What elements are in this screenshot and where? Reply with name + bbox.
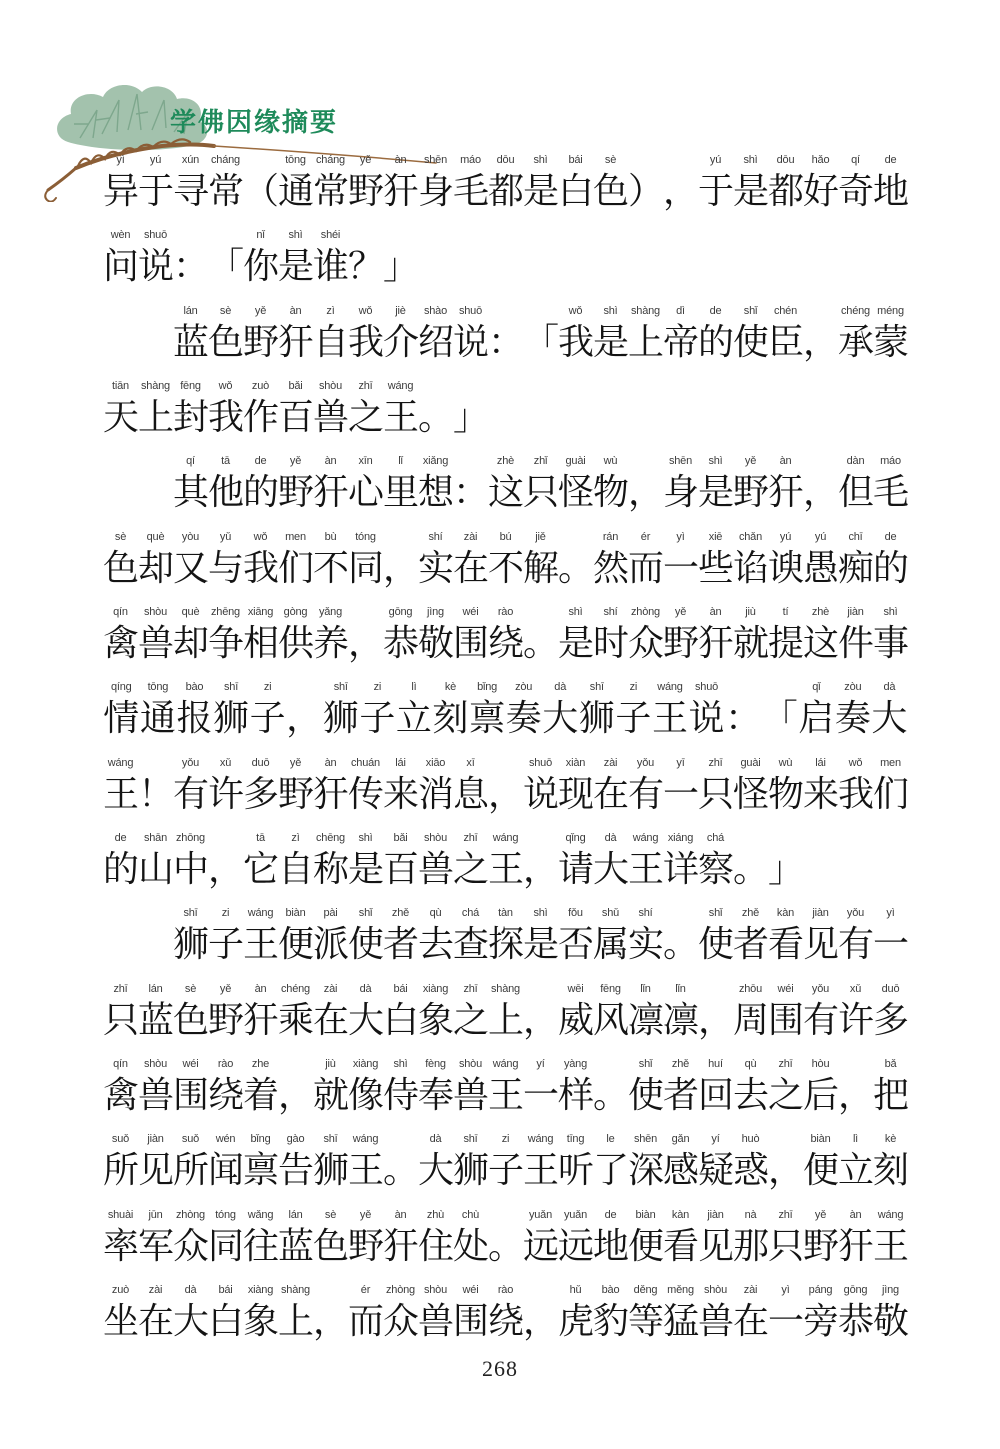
pinyin-annotation: shēn bbox=[418, 152, 453, 168]
hanzi-character: 威 bbox=[558, 997, 593, 1043]
pinyin-annotation: chuán bbox=[348, 755, 383, 771]
pinyin-annotation: yuǎn bbox=[558, 1207, 593, 1223]
hanzi-character: 听 bbox=[558, 1147, 593, 1193]
hanzi-character: 犴 bbox=[383, 168, 418, 214]
hanzi-character: 色 bbox=[103, 545, 138, 591]
hanzi-character: 们 bbox=[873, 771, 908, 817]
hanzi-character: 这 bbox=[488, 469, 523, 515]
punctuation-mark: ， bbox=[286, 679, 323, 741]
hanzi-with-pinyin: qí其 bbox=[173, 453, 208, 515]
pinyin-annotation: fēng bbox=[593, 981, 628, 997]
hanzi-with-pinyin: shì侍 bbox=[383, 1056, 418, 1118]
hanzi-character: 他 bbox=[208, 469, 243, 515]
hanzi-with-pinyin: pài派 bbox=[313, 905, 348, 967]
hanzi-character: 见 bbox=[698, 1223, 733, 1269]
hanzi-character: 犴 bbox=[838, 1223, 873, 1269]
hanzi-character: 凛 bbox=[663, 997, 698, 1043]
pinyin-annotation: yàng bbox=[558, 1056, 593, 1072]
pinyin-annotation: biàn bbox=[628, 1207, 663, 1223]
pinyin-annotation: àn bbox=[278, 303, 313, 319]
hanzi-with-pinyin: bái白 bbox=[208, 1282, 243, 1344]
hanzi-with-pinyin: zài在 bbox=[313, 981, 348, 1043]
hanzi-character: 怪 bbox=[558, 469, 593, 515]
hanzi-character: 在 bbox=[733, 1298, 768, 1344]
pinyin-annotation: àn bbox=[383, 1207, 418, 1223]
hanzi-with-pinyin: shī狮 bbox=[173, 905, 208, 967]
hanzi-character: 之 bbox=[453, 997, 488, 1043]
pinyin-annotation: zhī bbox=[453, 830, 488, 846]
pinyin-annotation: dà bbox=[542, 679, 579, 695]
hanzi-with-pinyin: yǔ与 bbox=[208, 529, 243, 591]
hanzi-character: 禽 bbox=[103, 1072, 138, 1118]
hanzi-with-pinyin: yì一 bbox=[663, 529, 698, 591]
hanzi-with-pinyin: wáng王 bbox=[488, 830, 523, 892]
hanzi-character: 众 bbox=[173, 1223, 208, 1269]
hanzi-with-pinyin: àn犴 bbox=[383, 1207, 418, 1269]
hanzi-with-pinyin: sè色 bbox=[313, 1207, 348, 1269]
hanzi-with-pinyin: tōng通 bbox=[278, 152, 313, 214]
pinyin-annotation: sè bbox=[313, 1207, 348, 1223]
hanzi-character: 大 bbox=[418, 1147, 453, 1193]
text-line: yì异yú于xún寻cháng常（tōng通cháng常yě野àn犴shēn身m… bbox=[103, 152, 909, 227]
hanzi-character: 毛 bbox=[873, 469, 908, 515]
hanzi-character: 者 bbox=[383, 921, 418, 967]
pinyin-annotation: yě bbox=[663, 604, 698, 620]
pinyin-annotation: suǒ bbox=[103, 1131, 138, 1147]
hanzi-character: 凛 bbox=[628, 997, 663, 1043]
pinyin-annotation: zòu bbox=[505, 679, 542, 695]
pinyin-annotation: wén bbox=[208, 1131, 243, 1147]
hanzi-character: ， bbox=[628, 469, 663, 515]
hanzi-with-pinyin: yì一 bbox=[768, 1282, 803, 1344]
pinyin-annotation: xiàng bbox=[348, 1056, 383, 1072]
pinyin-annotation: xiàn bbox=[558, 755, 593, 771]
pinyin-annotation: sè bbox=[103, 529, 138, 545]
hanzi-with-pinyin: yǎng养 bbox=[313, 604, 348, 666]
pinyin-annotation: qíng bbox=[103, 679, 140, 695]
pinyin-annotation bbox=[348, 227, 383, 243]
pinyin-annotation: cháng bbox=[208, 152, 243, 168]
pinyin-annotation: sè bbox=[593, 152, 628, 168]
hanzi-character: 同 bbox=[348, 545, 383, 591]
hanzi-with-pinyin: lì立 bbox=[838, 1131, 873, 1193]
pinyin-annotation bbox=[523, 604, 558, 620]
punctuation-mark: 」 bbox=[453, 378, 488, 440]
hanzi-character: 臣 bbox=[768, 319, 803, 365]
pinyin-annotation: yě bbox=[278, 453, 313, 469]
pinyin-annotation: xiǎng bbox=[418, 453, 453, 469]
hanzi-with-pinyin: xún寻 bbox=[173, 152, 208, 214]
pinyin-annotation: qǐ bbox=[798, 679, 835, 695]
hanzi-character: 身 bbox=[418, 168, 453, 214]
pinyin-annotation: zhī bbox=[768, 1056, 803, 1072]
hanzi-character: 问 bbox=[103, 243, 138, 289]
hanzi-character: 犴 bbox=[383, 1223, 418, 1269]
hanzi-character: 兽 bbox=[418, 846, 453, 892]
pinyin-annotation: de bbox=[698, 303, 733, 319]
hanzi-with-pinyin: bǎi百 bbox=[383, 830, 418, 892]
hanzi-character: 蓝 bbox=[278, 1223, 313, 1269]
hanzi-with-pinyin: fēng封 bbox=[173, 378, 208, 440]
hanzi-with-pinyin: àn犴 bbox=[838, 1207, 873, 1269]
hanzi-with-pinyin: shì是 bbox=[593, 303, 628, 365]
hanzi-with-pinyin: xiàn现 bbox=[558, 755, 593, 817]
hanzi-character: 绍 bbox=[418, 319, 453, 365]
hanzi-with-pinyin: xī息 bbox=[453, 755, 488, 817]
hanzi-character: 犴 bbox=[243, 997, 278, 1043]
hanzi-with-pinyin: shòu兽 bbox=[453, 1056, 488, 1118]
hanzi-with-pinyin: páng旁 bbox=[803, 1282, 838, 1344]
pinyin-annotation bbox=[628, 152, 663, 168]
hanzi-character: 往 bbox=[243, 1223, 278, 1269]
hanzi-character: 常 bbox=[208, 168, 243, 214]
hanzi-with-pinyin: zhī之 bbox=[453, 981, 488, 1043]
hanzi-character: 犴 bbox=[768, 469, 803, 515]
hanzi-with-pinyin: zi子 bbox=[488, 1131, 523, 1193]
hanzi-with-pinyin: wǒ我 bbox=[838, 755, 873, 817]
pinyin-annotation bbox=[313, 1282, 348, 1298]
hanzi-with-pinyin: jūn军 bbox=[138, 1207, 173, 1269]
hanzi-with-pinyin: men们 bbox=[873, 755, 908, 817]
hanzi-character: 件 bbox=[838, 620, 873, 666]
hanzi-with-pinyin: xiàng象 bbox=[418, 981, 453, 1043]
pinyin-annotation: jiù bbox=[733, 604, 768, 620]
hanzi-with-pinyin: dà大 bbox=[348, 981, 383, 1043]
hanzi-with-pinyin: qín禽 bbox=[103, 1056, 138, 1118]
hanzi-with-pinyin: nà那 bbox=[733, 1207, 768, 1269]
pinyin-annotation: shuài bbox=[103, 1207, 138, 1223]
hanzi-character: 绕 bbox=[488, 1298, 523, 1344]
pinyin-annotation: zài bbox=[593, 755, 628, 771]
hanzi-character: 上 bbox=[138, 394, 173, 440]
hanzi-with-pinyin: bú不 bbox=[488, 529, 523, 591]
pinyin-annotation: shòu bbox=[313, 378, 348, 394]
pinyin-annotation: wéi bbox=[453, 604, 488, 620]
pinyin-annotation: yòu bbox=[173, 529, 208, 545]
pinyin-annotation: shì bbox=[733, 152, 768, 168]
hanzi-character: 奏 bbox=[835, 695, 872, 741]
hanzi-character: 之 bbox=[768, 1072, 803, 1118]
hanzi-with-pinyin: shēn深 bbox=[628, 1131, 663, 1193]
pinyin-annotation: shēn bbox=[628, 1131, 663, 1147]
hanzi-with-pinyin: shòu兽 bbox=[313, 378, 348, 440]
pinyin-annotation: wéi bbox=[768, 981, 803, 997]
hanzi-with-pinyin: shì是 bbox=[558, 604, 593, 666]
hanzi-with-pinyin: jiàn见 bbox=[698, 1207, 733, 1269]
hanzi-character: 狮 bbox=[213, 695, 250, 741]
pinyin-annotation: jiě bbox=[523, 529, 558, 545]
pinyin-annotation: dà bbox=[593, 830, 628, 846]
hanzi-character: ： bbox=[488, 319, 523, 365]
hanzi-character: 通 bbox=[140, 695, 177, 741]
hanzi-with-pinyin: tīng听 bbox=[558, 1131, 593, 1193]
hanzi-character: 色 bbox=[313, 1223, 348, 1269]
hanzi-character: 谄 bbox=[733, 545, 768, 591]
hanzi-with-pinyin: biàn便 bbox=[628, 1207, 663, 1269]
hanzi-character: ， bbox=[523, 997, 558, 1043]
hanzi-character: 我 bbox=[348, 319, 383, 365]
pinyin-annotation: nà bbox=[733, 1207, 768, 1223]
hanzi-with-pinyin: rào绕 bbox=[208, 1056, 243, 1118]
pinyin-annotation: kàn bbox=[663, 1207, 698, 1223]
punctuation-mark: ： bbox=[488, 303, 523, 365]
pinyin-annotation: yuǎn bbox=[523, 1207, 558, 1223]
hanzi-with-pinyin: yì一 bbox=[873, 905, 908, 967]
hanzi-with-pinyin: chǎn谄 bbox=[733, 529, 768, 591]
pinyin-annotation: zhě bbox=[733, 905, 768, 921]
pinyin-annotation: bǐng bbox=[243, 1131, 278, 1147]
hanzi-character: 回 bbox=[698, 1072, 733, 1118]
pinyin-annotation bbox=[768, 830, 803, 846]
pinyin-annotation bbox=[488, 755, 523, 771]
hanzi-character: 兽 bbox=[138, 1072, 173, 1118]
hanzi-character: 兽 bbox=[698, 1298, 733, 1344]
pinyin-annotation: kè bbox=[432, 679, 469, 695]
pinyin-annotation: tí bbox=[768, 604, 803, 620]
pinyin-annotation: shēn bbox=[663, 453, 698, 469]
hanzi-with-pinyin: zhè这 bbox=[488, 453, 523, 515]
hanzi-character: 有 bbox=[628, 771, 663, 817]
hanzi-character: 旁 bbox=[803, 1298, 838, 1344]
hanzi-with-pinyin: dàn但 bbox=[838, 453, 873, 515]
hanzi-character: 毛 bbox=[453, 168, 488, 214]
pinyin-annotation: yǒu bbox=[628, 755, 663, 771]
hanzi-with-pinyin: dà大 bbox=[593, 830, 628, 892]
pinyin-annotation: àn bbox=[383, 152, 418, 168]
hanzi-character: 的 bbox=[698, 319, 733, 365]
hanzi-character: ， bbox=[838, 1072, 873, 1118]
pinyin-annotation: àn bbox=[313, 755, 348, 771]
hanzi-with-pinyin: bǎi百 bbox=[278, 378, 313, 440]
pinyin-annotation: bái bbox=[383, 981, 418, 997]
hanzi-character: 。 bbox=[558, 545, 593, 591]
pinyin-annotation: chén bbox=[768, 303, 803, 319]
hanzi-with-pinyin: zòu奏 bbox=[505, 679, 542, 741]
pinyin-annotation: zhù bbox=[418, 1207, 453, 1223]
hanzi-character: 。 bbox=[383, 1147, 418, 1193]
pinyin-annotation: shǐ bbox=[348, 905, 383, 921]
hanzi-character: ， bbox=[488, 771, 523, 817]
text-line: suǒ所jiàn见suǒ所wén闻bǐng禀gào告shī狮wáng王。dà大s… bbox=[103, 1131, 909, 1206]
hanzi-character: 而 bbox=[628, 545, 663, 591]
pinyin-annotation: bǎ bbox=[873, 1056, 908, 1072]
hanzi-character: 白 bbox=[558, 168, 593, 214]
pinyin-annotation bbox=[523, 981, 558, 997]
hanzi-with-pinyin: wáng王 bbox=[383, 378, 418, 440]
hanzi-character: 狮 bbox=[322, 695, 359, 741]
pinyin-annotation bbox=[383, 529, 418, 545]
hanzi-character: ！ bbox=[138, 771, 173, 817]
pinyin-annotation: de bbox=[873, 529, 908, 545]
hanzi-character: 时 bbox=[593, 620, 628, 666]
pinyin-annotation: gōng bbox=[838, 1282, 873, 1298]
pinyin-annotation: zhě bbox=[663, 1056, 698, 1072]
hanzi-character: 所 bbox=[103, 1147, 138, 1193]
hanzi-with-pinyin: tóng同 bbox=[208, 1207, 243, 1269]
hanzi-character: 物 bbox=[593, 469, 628, 515]
hanzi-character: 详 bbox=[663, 846, 698, 892]
hanzi-character: 养 bbox=[313, 620, 348, 666]
hanzi-character: 猛 bbox=[663, 1298, 698, 1344]
pinyin-annotation: wéi bbox=[453, 1282, 488, 1298]
hanzi-character: 奇 bbox=[838, 168, 873, 214]
hanzi-character: 象 bbox=[243, 1298, 278, 1344]
hanzi-character: 我 bbox=[208, 394, 243, 440]
hanzi-character: 围 bbox=[453, 620, 488, 666]
punctuation-mark: ， bbox=[803, 303, 838, 365]
hanzi-with-pinyin: yí疑 bbox=[698, 1131, 733, 1193]
pinyin-annotation: duō bbox=[243, 755, 278, 771]
pinyin-annotation: gòng bbox=[278, 604, 313, 620]
pinyin-annotation: chéng bbox=[838, 303, 873, 319]
pinyin-annotation: cháng bbox=[313, 152, 348, 168]
hanzi-with-pinyin: yě野 bbox=[348, 152, 383, 214]
hanzi-with-pinyin: sè色 bbox=[593, 152, 628, 214]
hanzi-with-pinyin: shòu兽 bbox=[138, 604, 173, 666]
hanzi-character: 称 bbox=[313, 846, 348, 892]
hanzi-with-pinyin: huí回 bbox=[698, 1056, 733, 1118]
text-line: wáng王！yǒu有xǔ许duō多yě野àn犴chuán传lái来xiāo消xī… bbox=[103, 755, 909, 830]
hanzi-character: ， bbox=[698, 997, 733, 1043]
hanzi-with-pinyin: men们 bbox=[278, 529, 313, 591]
hanzi-character: 是 bbox=[593, 319, 628, 365]
hanzi-character: 围 bbox=[173, 1072, 208, 1118]
hanzi-character: 色 bbox=[208, 319, 243, 365]
pinyin-annotation: shuō bbox=[688, 679, 725, 695]
hanzi-with-pinyin: suǒ所 bbox=[103, 1131, 138, 1193]
pinyin-annotation: qǐng bbox=[558, 830, 593, 846]
hanzi-character: 犴 bbox=[313, 771, 348, 817]
pinyin-annotation: wǒ bbox=[838, 755, 873, 771]
page-number: 268 bbox=[0, 1356, 1000, 1382]
pinyin-annotation: zhēng bbox=[208, 604, 243, 620]
hanzi-with-pinyin: shì是 bbox=[348, 830, 383, 892]
pinyin-annotation: zi bbox=[208, 905, 243, 921]
pinyin-annotation: tiān bbox=[103, 378, 138, 394]
pinyin-annotation: wù bbox=[768, 755, 803, 771]
hanzi-with-pinyin: àn犴 bbox=[383, 152, 418, 214]
punctuation-mark: ， bbox=[383, 529, 418, 591]
hanzi-character: 提 bbox=[768, 620, 803, 666]
hanzi-character: 。 bbox=[418, 394, 453, 440]
hanzi-character: 野 bbox=[733, 469, 768, 515]
pinyin-annotation: zi bbox=[615, 679, 652, 695]
pinyin-annotation bbox=[348, 604, 383, 620]
pinyin-annotation: jiàn bbox=[838, 604, 873, 620]
hanzi-character: ， bbox=[313, 1298, 348, 1344]
hanzi-with-pinyin: wéi围 bbox=[173, 1056, 208, 1118]
pinyin-annotation: wáng bbox=[628, 830, 663, 846]
hanzi-with-pinyin: xǔ许 bbox=[838, 981, 873, 1043]
text-line: tiān天shàng上fēng封wǒ我zuò作bǎi百shòu兽zhī之wáng… bbox=[103, 378, 909, 453]
pinyin-annotation: nǐ bbox=[243, 227, 278, 243]
pinyin-annotation: bào bbox=[593, 1282, 628, 1298]
hanzi-character: 「 bbox=[208, 243, 243, 289]
hanzi-with-pinyin: měng猛 bbox=[663, 1282, 698, 1344]
hanzi-with-pinyin: zài在 bbox=[138, 1282, 173, 1344]
hanzi-with-pinyin: qíng情 bbox=[103, 679, 140, 741]
hanzi-with-pinyin: wén闻 bbox=[208, 1131, 243, 1193]
pinyin-annotation bbox=[628, 453, 663, 469]
hanzi-with-pinyin: gào告 bbox=[278, 1131, 313, 1193]
pinyin-annotation: shǐ bbox=[733, 303, 768, 319]
hanzi-with-pinyin: hǎo好 bbox=[803, 152, 838, 214]
hanzi-character: 子 bbox=[359, 695, 396, 741]
pinyin-annotation: de bbox=[593, 1207, 628, 1223]
hanzi-character: 王 bbox=[873, 1223, 908, 1269]
hanzi-character: 使 bbox=[628, 1072, 663, 1118]
hanzi-with-pinyin: bái白 bbox=[383, 981, 418, 1043]
hanzi-character: 说 bbox=[523, 771, 558, 817]
hanzi-with-pinyin: xiàng象 bbox=[243, 1282, 278, 1344]
pinyin-annotation: gōng bbox=[383, 604, 418, 620]
pinyin-annotation: máo bbox=[453, 152, 488, 168]
punctuation-mark: ， bbox=[523, 1282, 558, 1344]
hanzi-character: 去 bbox=[733, 1072, 768, 1118]
pinyin-annotation: chǎn bbox=[733, 529, 768, 545]
hanzi-character: 王 bbox=[628, 846, 663, 892]
hanzi-character: 见 bbox=[803, 921, 838, 967]
hanzi-character: 情 bbox=[103, 695, 140, 741]
hanzi-character: 大 bbox=[173, 1298, 208, 1344]
hanzi-character: 看 bbox=[768, 921, 803, 967]
pinyin-annotation: xiàng bbox=[418, 981, 453, 997]
pinyin-annotation: yě bbox=[243, 303, 278, 319]
hanzi-character: 刻 bbox=[873, 1147, 908, 1193]
hanzi-character: 与 bbox=[208, 545, 243, 591]
pinyin-annotation: de bbox=[243, 453, 278, 469]
hanzi-character: 其 bbox=[173, 469, 208, 515]
pinyin-annotation: wèn bbox=[103, 227, 138, 243]
pinyin-annotation: xiàng bbox=[243, 1282, 278, 1298]
pinyin-annotation: zài bbox=[313, 981, 348, 997]
pinyin-annotation: chēng bbox=[313, 830, 348, 846]
hanzi-with-pinyin: de地 bbox=[593, 1207, 628, 1269]
hanzi-character: 怪 bbox=[733, 771, 768, 817]
pinyin-annotation bbox=[523, 1282, 558, 1298]
hanzi-character: 派 bbox=[313, 921, 348, 967]
hanzi-character: 野 bbox=[208, 997, 243, 1043]
hanzi-character: 子 bbox=[249, 695, 286, 741]
hanzi-character: 地 bbox=[873, 168, 908, 214]
pinyin-annotation: yě bbox=[803, 1207, 838, 1223]
hanzi-with-pinyin: bǎ把 bbox=[873, 1056, 908, 1118]
pinyin-annotation: yú bbox=[138, 152, 173, 168]
hanzi-character: 却 bbox=[138, 545, 173, 591]
hanzi-with-pinyin: yí一 bbox=[523, 1056, 558, 1118]
hanzi-character: 封 bbox=[173, 394, 208, 440]
pinyin-annotation: bǎi bbox=[278, 378, 313, 394]
pinyin-annotation: fēng bbox=[173, 378, 208, 394]
hanzi-with-pinyin: qǐng请 bbox=[558, 830, 593, 892]
pinyin-annotation: guài bbox=[733, 755, 768, 771]
hanzi-with-pinyin: zi子 bbox=[249, 679, 286, 741]
hanzi-character: 白 bbox=[208, 1298, 243, 1344]
hanzi-character: 敬 bbox=[418, 620, 453, 666]
pinyin-annotation bbox=[138, 755, 173, 771]
pinyin-annotation: kè bbox=[873, 1131, 908, 1147]
hanzi-with-pinyin: yě野 bbox=[348, 1207, 383, 1269]
pinyin-annotation: shéi bbox=[313, 227, 348, 243]
hanzi-character: 是 bbox=[558, 620, 593, 666]
hanzi-character: 疑 bbox=[698, 1147, 733, 1193]
pinyin-annotation: yú bbox=[803, 529, 838, 545]
hanzi-character: 去 bbox=[418, 921, 453, 967]
hanzi-character: 大 bbox=[593, 846, 628, 892]
hanzi-with-pinyin: shòu兽 bbox=[418, 830, 453, 892]
hanzi-character: 狮 bbox=[313, 1147, 348, 1193]
hanzi-with-pinyin: xiǎng想 bbox=[418, 453, 453, 515]
